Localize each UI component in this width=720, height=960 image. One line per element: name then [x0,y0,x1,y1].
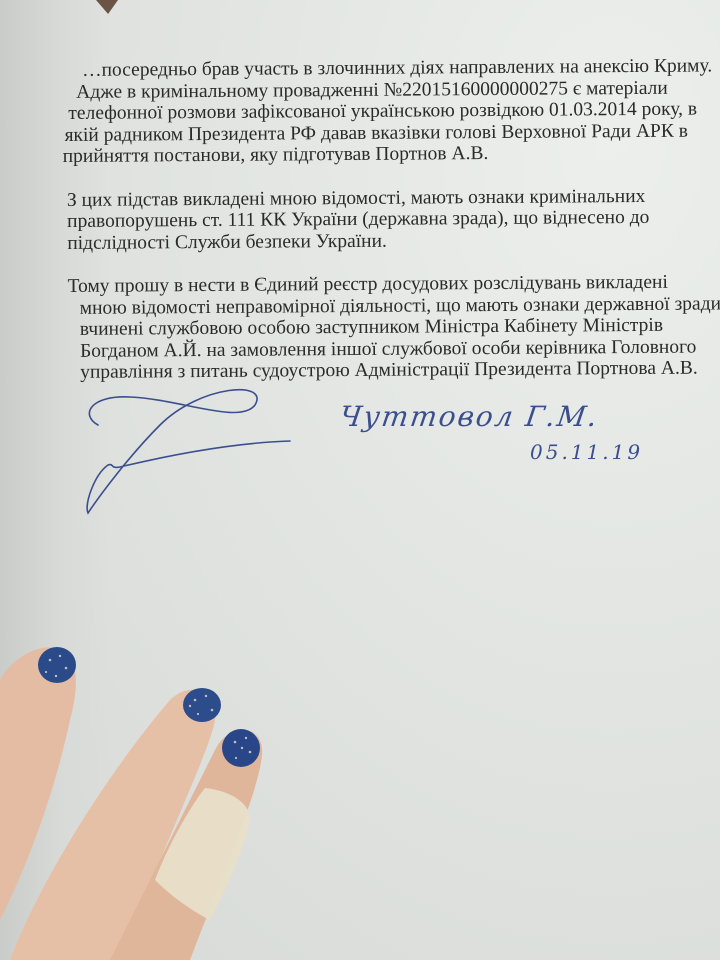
signature-scribble [80,385,320,515]
paragraph-3: Тому прошу в нести в Єдиний реєстр досуд… [64,271,715,383]
text-line: якій радником Президента РФ давав вказів… [62,120,712,146]
paragraph-2: З цих підстав викладені мною відомості, … [63,185,713,254]
document-text: …посередньо брав участь в злочинних діях… [62,55,714,405]
paragraph-1: …посередньо брав участь в злочинних діях… [62,55,713,167]
handwritten-date: 05.11.19 [530,440,643,464]
handwritten-signer-name: Чуттовол Г.М. [338,400,601,433]
text-line: правопорушень ст. 111 КК України (держав… [63,206,713,232]
text-line: прийняття постанови, яку підготував Порт… [63,141,713,167]
hand-with-painted-nails [0,620,300,960]
text-line: управління з питань судоустрою Адміністр… [64,357,714,383]
text-line: підслідності Служби безпеки України. [63,228,713,254]
